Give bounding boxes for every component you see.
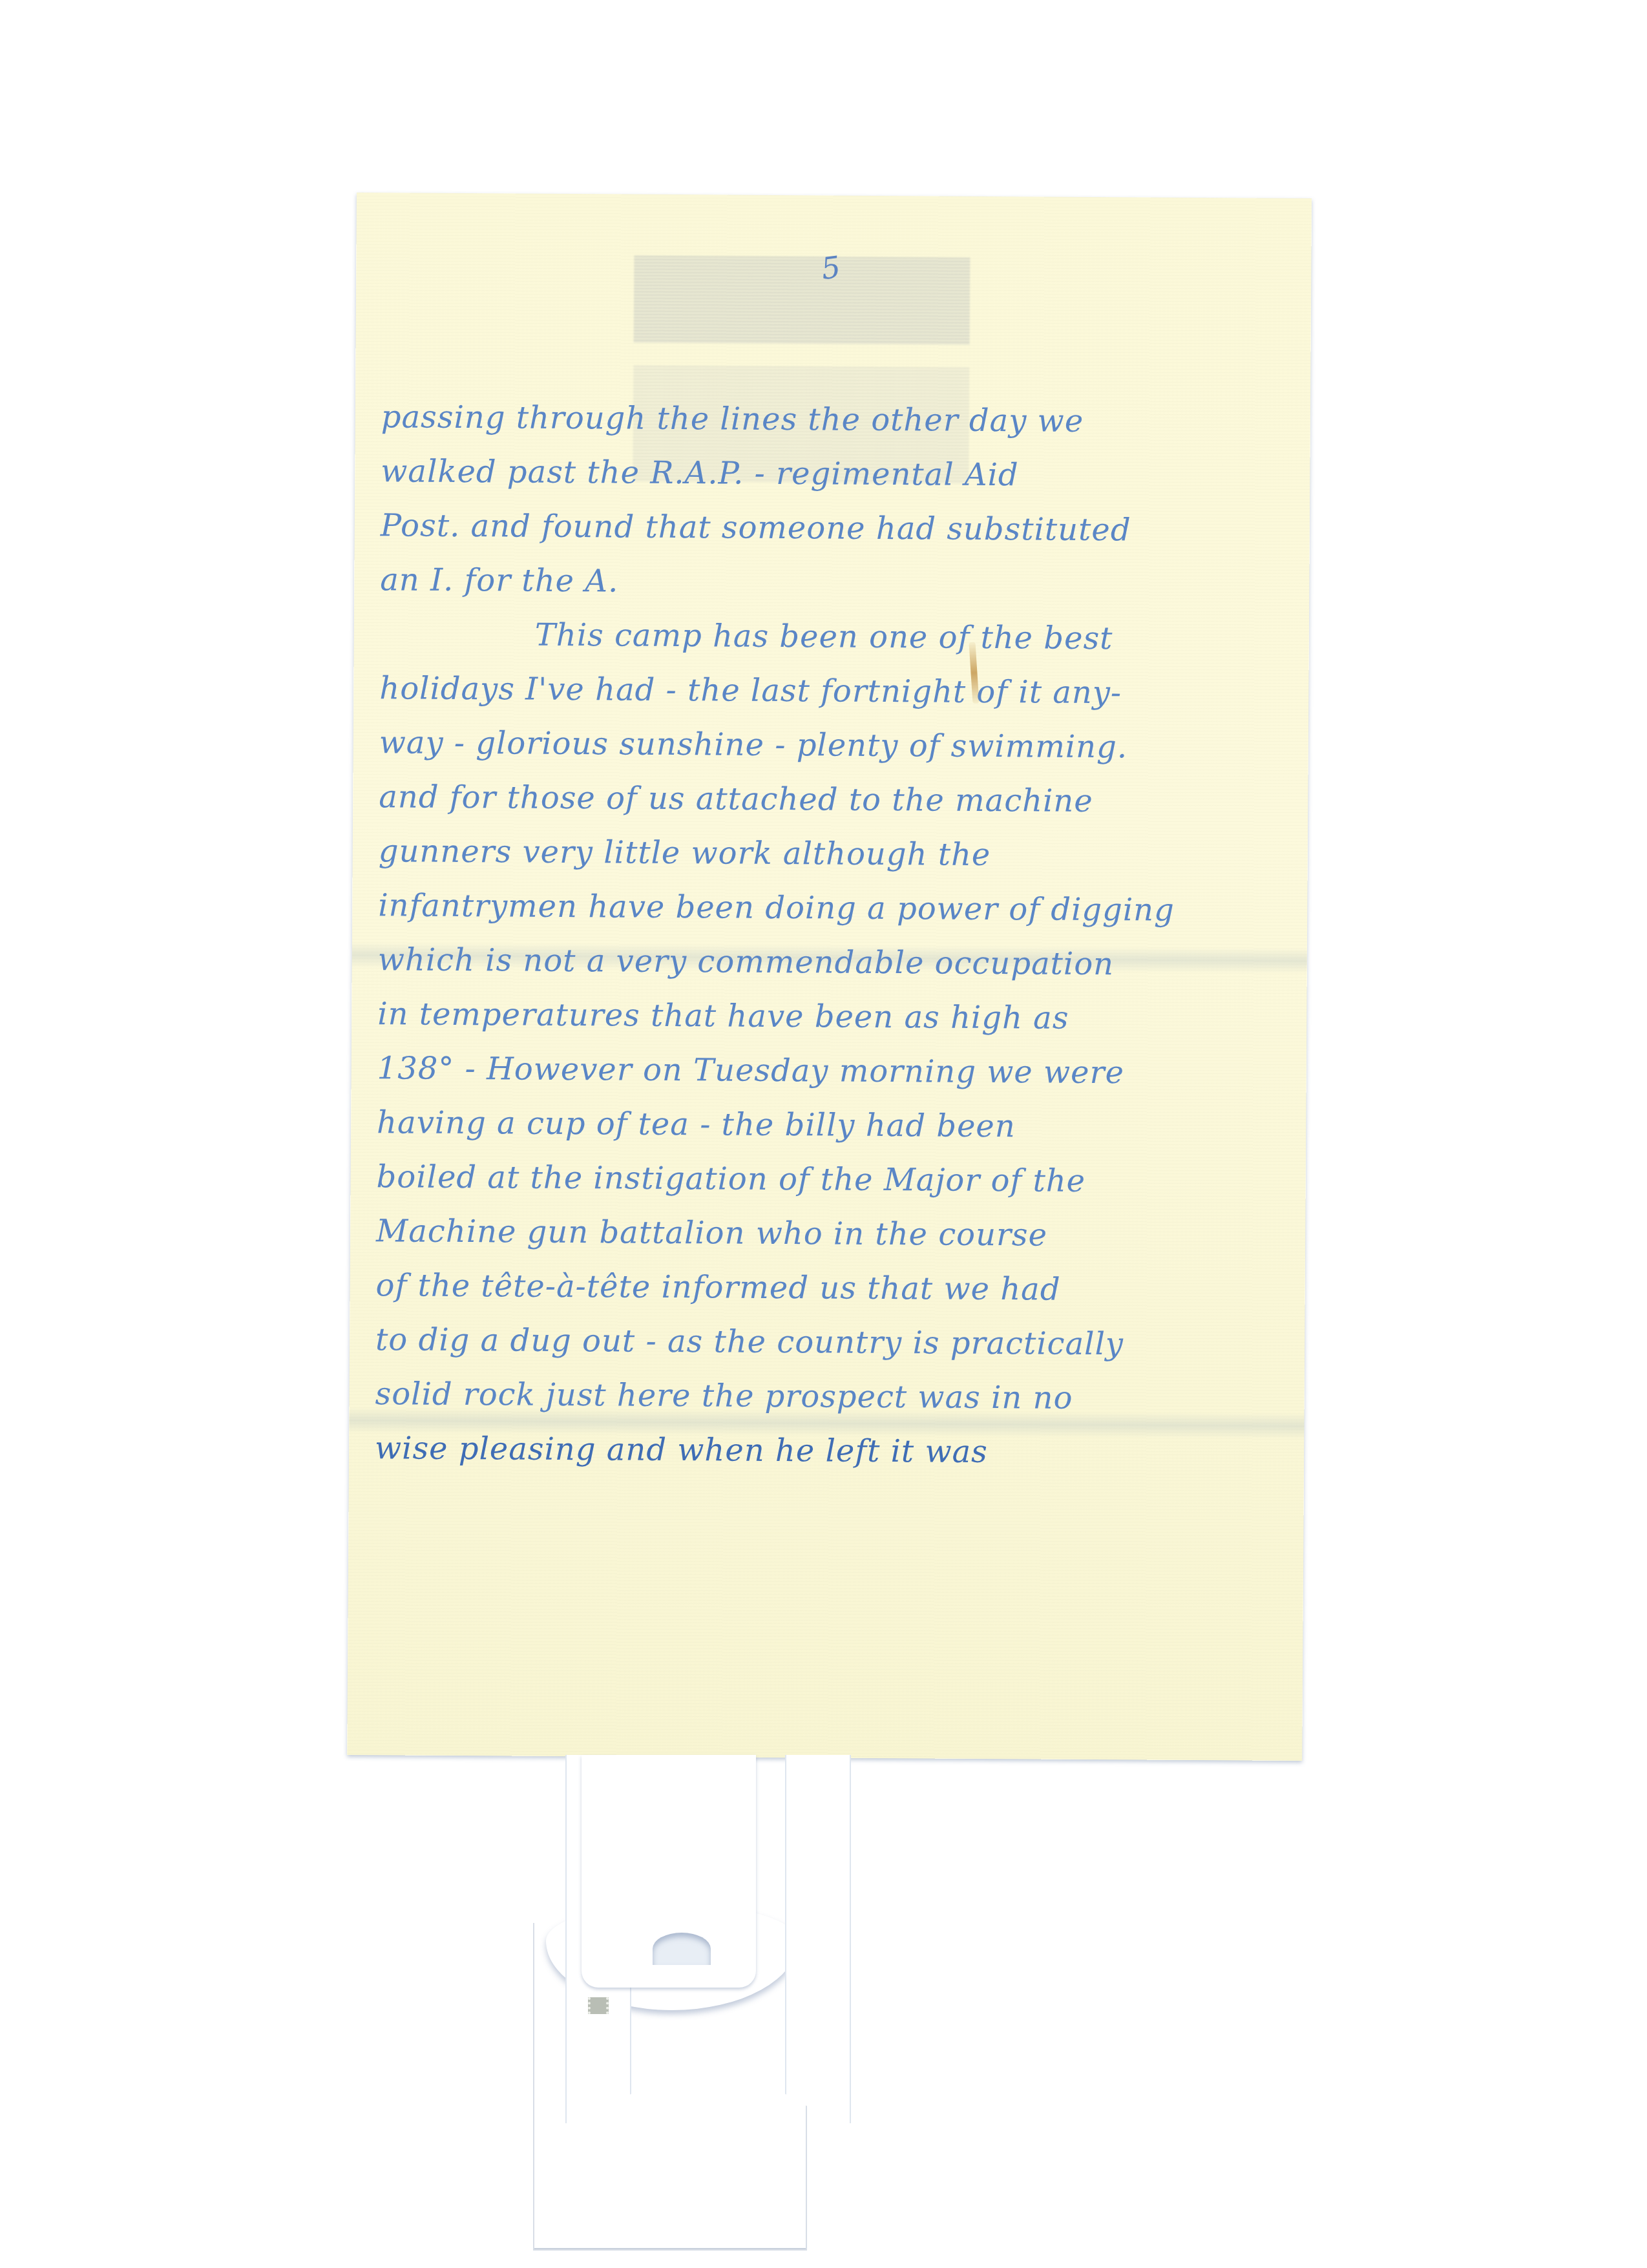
text-line: to dig a dug out - as the country is pra…	[375, 1312, 1293, 1372]
text-line: an I. for the A.	[380, 552, 1297, 613]
letter-page: 5 passing through the lines the other da…	[347, 193, 1312, 1761]
text-line: walked past the R.A.P. - regimental Aid	[381, 444, 1298, 504]
text-line: Machine gun battalion who in the course	[376, 1204, 1294, 1264]
handwritten-text: passing through the lines the other day …	[375, 390, 1299, 1481]
text-line: wise pleasing and when he left it was	[375, 1421, 1292, 1481]
holder-notch	[653, 1933, 711, 1965]
text-line: This camp has been one of the best	[380, 607, 1297, 667]
text-line: holidays I've had - the last fortnight o…	[379, 661, 1297, 721]
text-line: 138° - However on Tuesday morning we wer…	[377, 1041, 1294, 1101]
text-line: boiled at the instigation of the Major o…	[376, 1150, 1294, 1210]
text-line: solid rock just here the prospect was in…	[375, 1367, 1292, 1427]
film-strip-icon	[588, 1997, 609, 2014]
text-line: gunners very little work although the	[379, 824, 1296, 884]
bleed-through-print	[634, 256, 970, 345]
holder-strap-right	[785, 1755, 851, 2123]
scanner-document-holder	[530, 1755, 918, 2259]
text-line: in temperatures that have been as high a…	[377, 987, 1295, 1047]
text-line: of the tête-à-tête informed us that we h…	[375, 1258, 1293, 1318]
text-line: passing through the lines the other day …	[381, 390, 1299, 450]
text-line: infantrymen have been doing a power of d…	[378, 878, 1296, 938]
text-line: Post. and found that someone had substit…	[381, 498, 1298, 558]
page-number: 5	[819, 249, 843, 286]
text-line: and for those of us attached to the mach…	[379, 770, 1296, 830]
holder-tab	[582, 1755, 756, 1988]
text-line: having a cup of tea - the billy had been	[377, 1095, 1294, 1155]
text-line: which is not a very commendable occupati…	[377, 932, 1295, 992]
text-line: way - glorious sunshine - plenty of swim…	[379, 715, 1297, 775]
